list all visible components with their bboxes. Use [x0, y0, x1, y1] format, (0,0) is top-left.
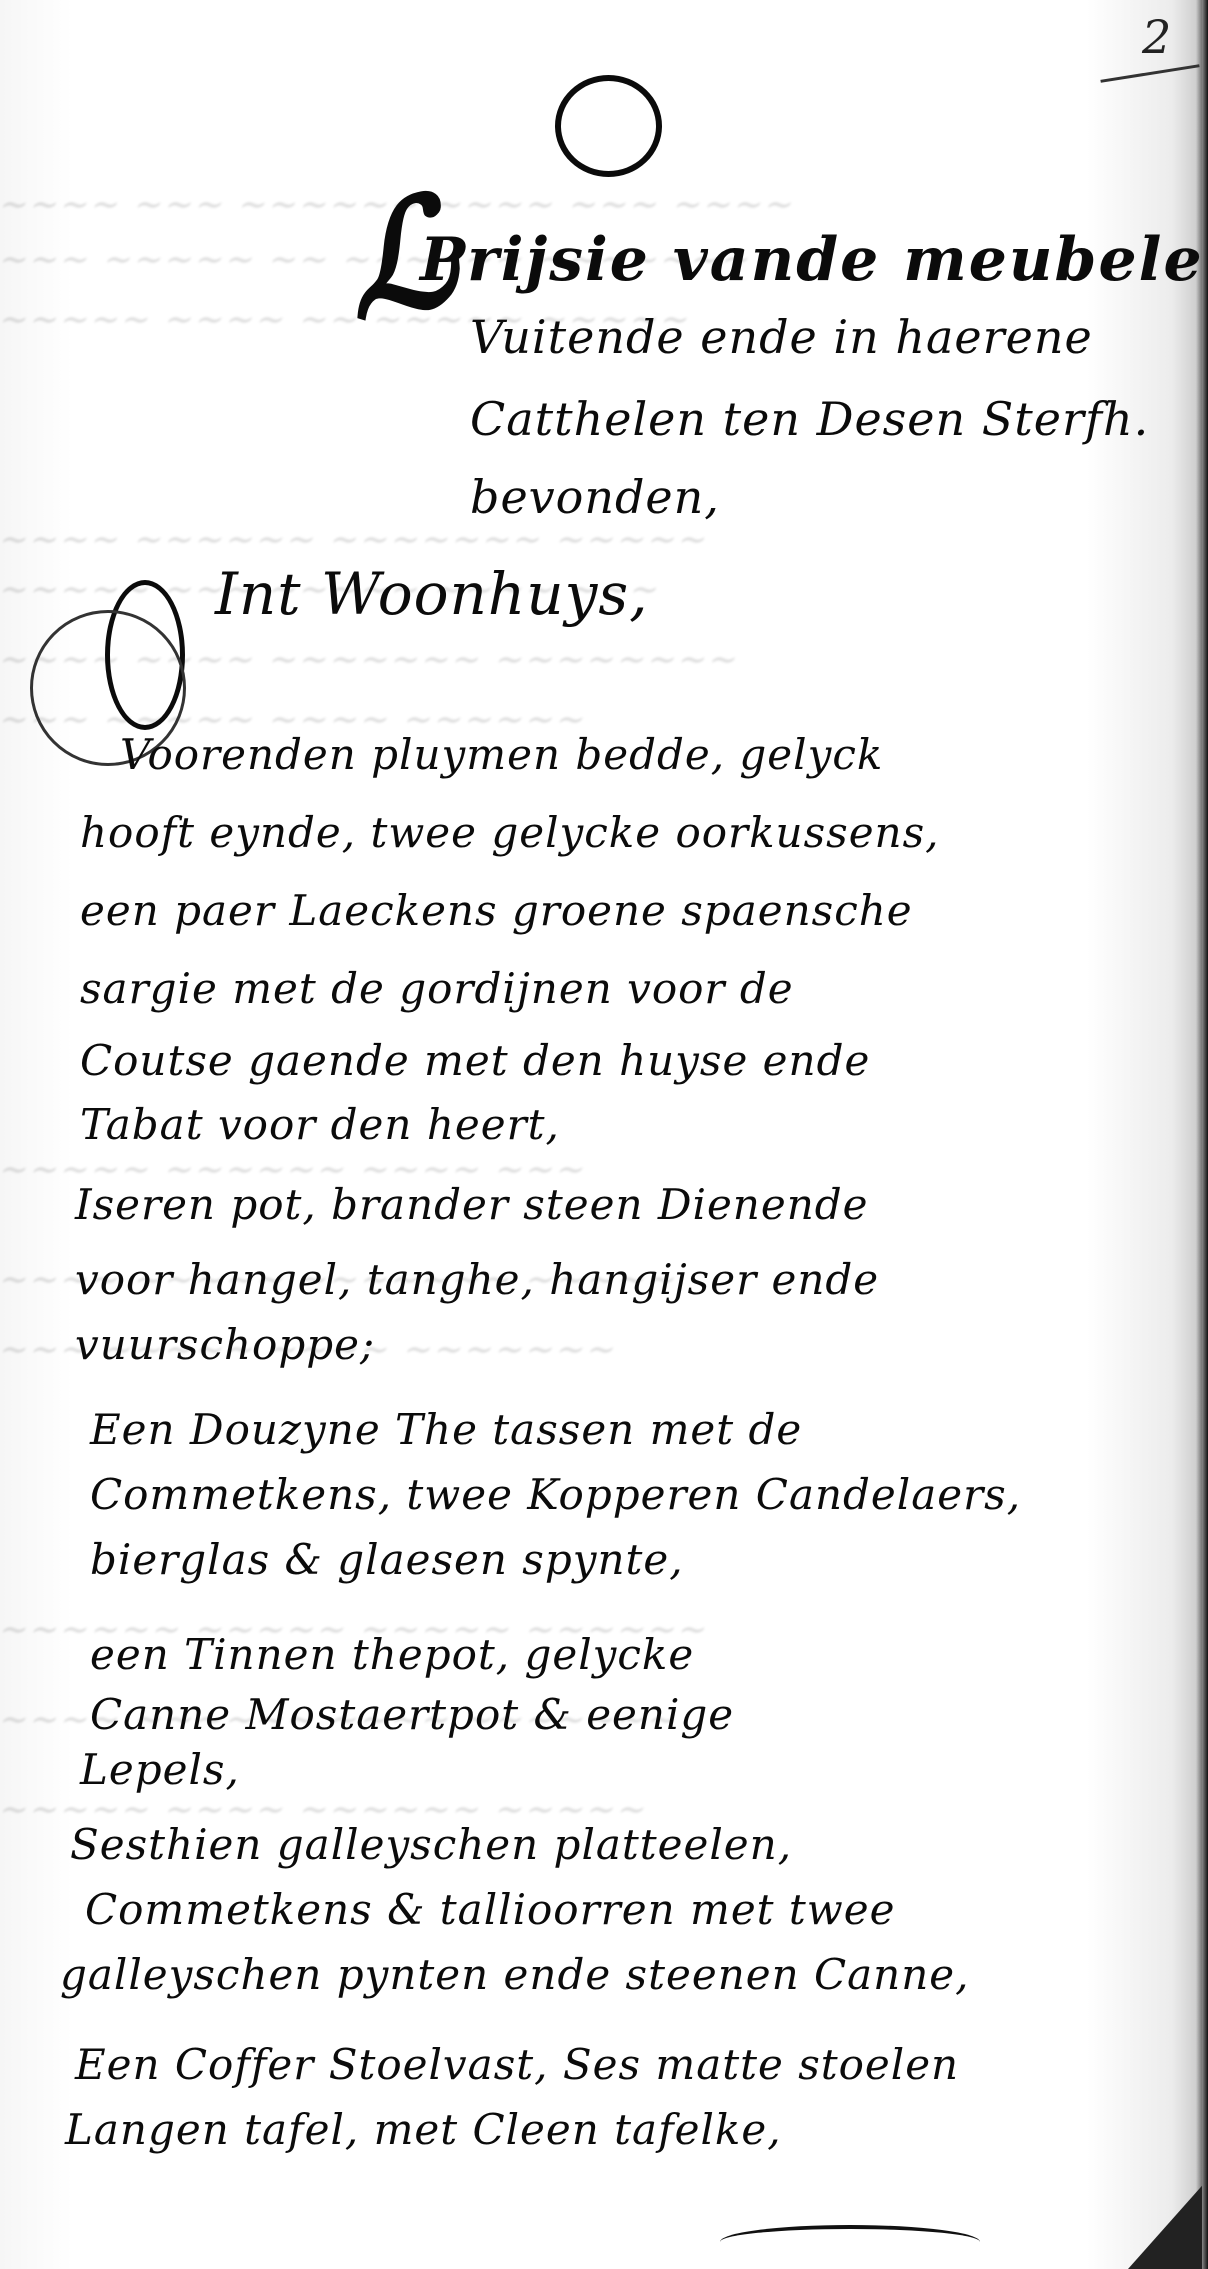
- subtitle-line-2: Catthelen ten Desen Sterfh.: [470, 392, 1149, 446]
- entry-6-line-2: Langen tafel, met Cleen tafelke,: [65, 2105, 782, 2154]
- page-number: 2: [1142, 10, 1171, 64]
- entry-6-line-1: Een Coffer Stoelvast, Ses matte stoelen: [75, 2040, 959, 2089]
- entry-1-line-4: sargie met de gordijnen voor de: [80, 964, 794, 1013]
- entry-1-line-1: Voorenden pluymen bedde, gelyck: [120, 730, 883, 779]
- entry-3-line-2: Commetkens, twee Kopperen Candelaers,: [90, 1470, 1021, 1519]
- entry-2-line-2: voor hangel, tanghe, hangijser ende: [75, 1255, 879, 1304]
- document-title: Prijsie vande meubelen: [420, 225, 1208, 295]
- page-corner-shadow: [1128, 2179, 1208, 2269]
- entry-2-line-3: vuurschoppe;: [75, 1320, 375, 1369]
- entry-1-line-6: Tabat voor den heert,: [80, 1100, 560, 1149]
- entry-4-line-1: een Tinnen thepot, gelycke: [90, 1630, 694, 1679]
- manuscript-page: ~~~~ ~~~ ~~~~~~ ~~~~ ~~~ ~~~~ ~~~ ~~~~~ …: [0, 0, 1208, 2269]
- subtitle-line-1: Vuitende ende in haerene: [470, 310, 1093, 364]
- section-heading: Int Woonhuys,: [215, 560, 649, 628]
- page-number-underline: [1100, 64, 1199, 83]
- entry-1-line-3: een paer Laeckens groene spaensche: [80, 886, 913, 935]
- entry-4-line-2: Canne Mostaertpot & eenige: [90, 1690, 734, 1739]
- bleed-through-text: ~~~~ ~~~~~~ ~~~~~~~ ~~~~~: [0, 520, 1084, 560]
- entry-3-line-3: bierglas & glaesen spynte,: [90, 1535, 684, 1584]
- entry-5-line-1: Sesthien galleyschen platteelen,: [70, 1820, 792, 1869]
- closing-flourish: [720, 2225, 980, 2259]
- entry-4-line-3: Lepels,: [80, 1745, 240, 1794]
- entry-3-line-1: Een Douzyne The tassen met de: [90, 1405, 802, 1454]
- subtitle-line-3: bevonden,: [470, 470, 720, 524]
- entry-2-line-1: Iseren pot, brander steen Dienende: [75, 1180, 869, 1229]
- entry-1-line-5: Coutse gaende met den huyse ende: [80, 1036, 870, 1085]
- title-flourish-loop: [555, 75, 662, 177]
- page-right-edge: [1202, 0, 1208, 2269]
- bleed-through-text: ~~~~ ~~~ ~~~~~~ ~~~~ ~~~ ~~~~: [0, 185, 1084, 225]
- entry-1-line-2: hooft eynde, twee gelycke oorkussens,: [80, 808, 940, 857]
- entry-5-line-3: galleyschen pynten ende steenen Canne,: [60, 1950, 969, 1999]
- entry-5-line-2: Commetkens & tallioorren met twee: [85, 1885, 895, 1934]
